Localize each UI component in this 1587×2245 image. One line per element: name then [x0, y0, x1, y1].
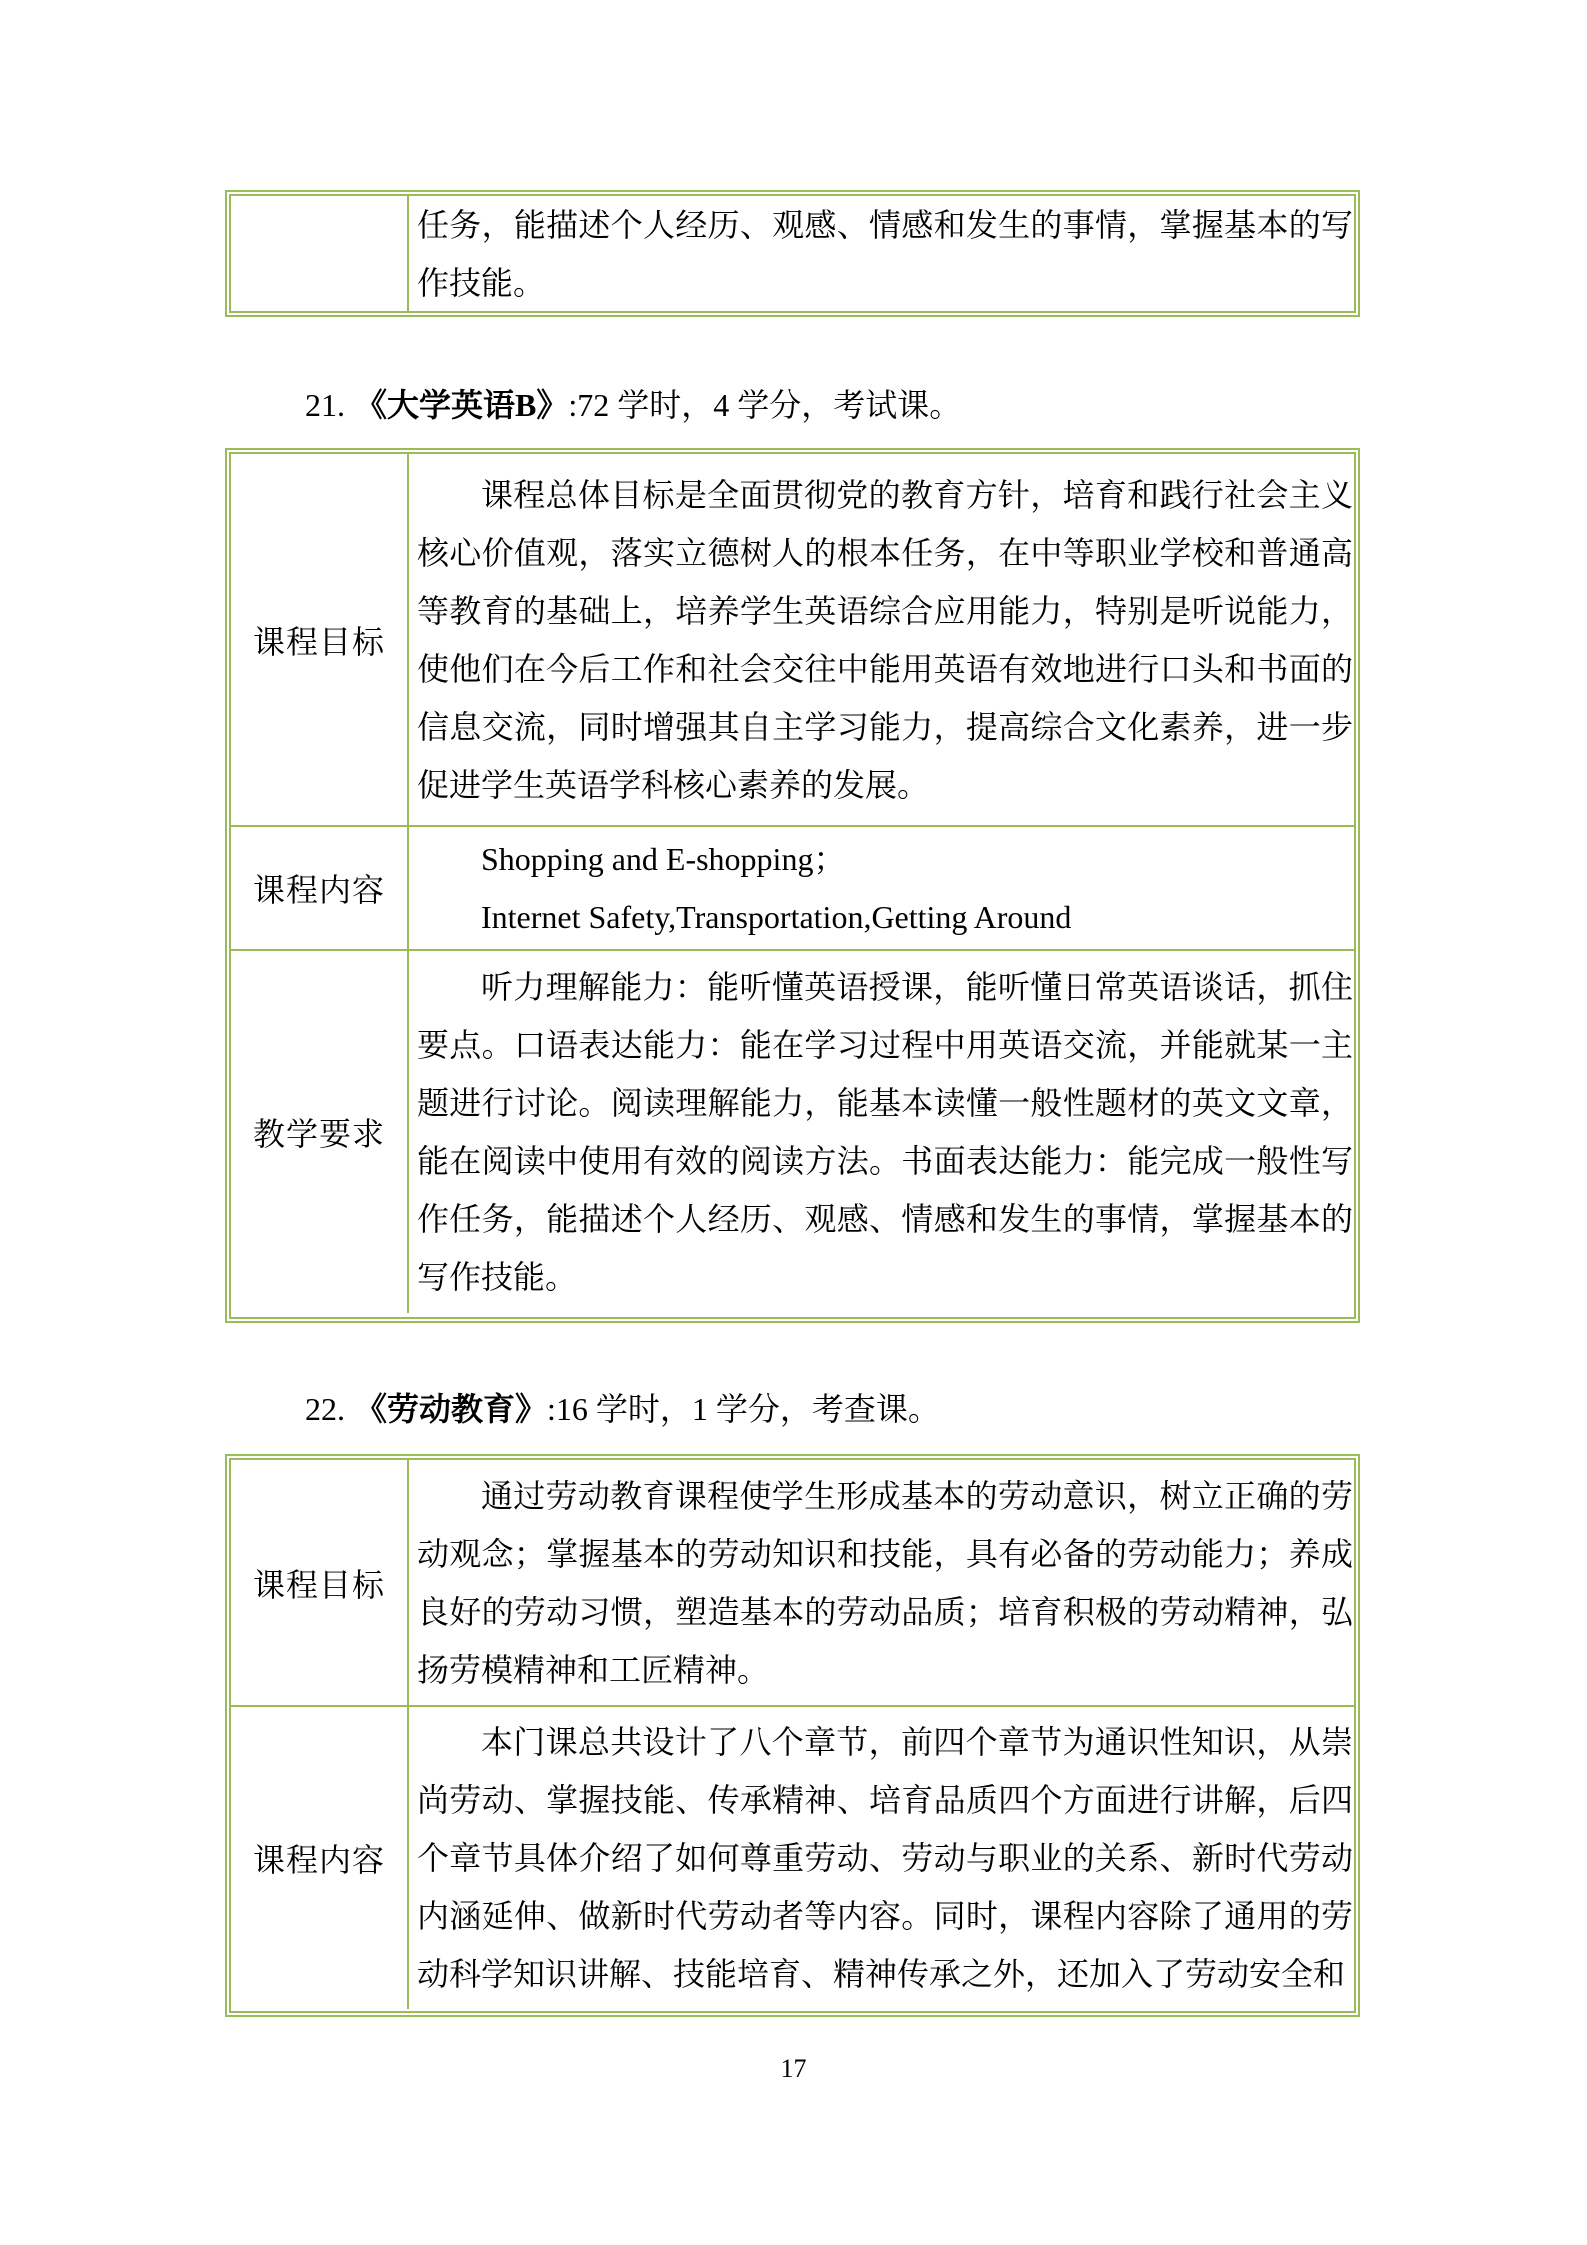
continuation-table: 任务，能描述个人经历、观感、情感和发生的事情，掌握基本的写作技能。 — [225, 190, 1360, 317]
paragraph: 课程总体目标是全面贯彻党的教育方针，培育和践行社会主义核心价值观，落实立德树人的… — [417, 466, 1353, 814]
paragraph: Internet Safety,Transportation,Getting A… — [417, 888, 1353, 946]
page-number: 17 — [0, 2052, 1587, 2086]
document-page: 任务，能描述个人经历、观感、情感和发生的事情，掌握基本的写作技能。 21.《大学… — [0, 0, 1587, 2245]
row-content: 本门课总共设计了八个章节，前四个章节为通识性知识，从崇尚劳动、掌握技能、传承精神… — [409, 1707, 1354, 2009]
paragraph: 通过劳动教育课程使学生形成基本的劳动意识，树立正确的劳动观念；掌握基本的劳动知识… — [417, 1467, 1353, 1699]
row-label: 课程目标 — [231, 1460, 409, 1705]
row-label: 教学要求 — [231, 951, 409, 1313]
paragraph: 本门课总共设计了八个章节，前四个章节为通识性知识，从崇尚劳动、掌握技能、传承精神… — [417, 1713, 1353, 2003]
row-label: 课程内容 — [231, 827, 409, 949]
course-title: 《大学英语B》 — [355, 387, 568, 423]
row-content: 听力理解能力：能听懂英语授课，能听懂日常英语谈话，抓住要点。口语表达能力：能在学… — [409, 951, 1354, 1313]
paragraph: 听力理解能力：能听懂英语授课，能听懂日常英语谈话，抓住要点。口语表达能力：能在学… — [417, 958, 1353, 1306]
paragraph: Shopping and E-shopping； — [417, 830, 1353, 888]
course-title: 《劳动教育》 — [355, 1391, 547, 1427]
course-21-table: 课程目标 课程总体目标是全面贯彻党的教育方针，培育和践行社会主义核心价值观，落实… — [225, 448, 1360, 1323]
course-22-heading: 22.《劳动教育》:16 学时，1 学分，考查课。 — [305, 1387, 940, 1431]
course-number: 21. — [305, 387, 345, 423]
course-heading-suffix: :16 学时，1 学分，考查课。 — [547, 1391, 940, 1427]
table-row-content: 课程内容 本门课总共设计了八个章节，前四个章节为通识性知识，从崇尚劳动、掌握技能… — [231, 1705, 1354, 2009]
table-row-requirements: 教学要求 听力理解能力：能听懂英语授课，能听懂日常英语谈话，抓住要点。口语表达能… — [231, 949, 1354, 1313]
course-21-heading: 21.《大学英语B》:72 学时，4 学分，考试课。 — [305, 383, 961, 427]
row-content: 通过劳动教育课程使学生形成基本的劳动意识，树立正确的劳动观念；掌握基本的劳动知识… — [409, 1460, 1354, 1705]
row-label: 课程内容 — [231, 1707, 409, 2009]
table-row: 任务，能描述个人经历、观感、情感和发生的事情，掌握基本的写作技能。 — [231, 196, 1354, 311]
course-22-table: 课程目标 通过劳动教育课程使学生形成基本的劳动意识，树立正确的劳动观念；掌握基本… — [225, 1454, 1360, 2017]
table-row-goal: 课程目标 课程总体目标是全面贯彻党的教育方针，培育和践行社会主义核心价值观，落实… — [231, 454, 1354, 825]
table-row-goal: 课程目标 通过劳动教育课程使学生形成基本的劳动意识，树立正确的劳动观念；掌握基本… — [231, 1460, 1354, 1705]
table-row-content: 课程内容 Shopping and E-shopping； Internet S… — [231, 825, 1354, 949]
row-label: 课程目标 — [231, 454, 409, 825]
row-content: 课程总体目标是全面贯彻党的教育方针，培育和践行社会主义核心价值观，落实立德树人的… — [409, 454, 1354, 825]
row-content: Shopping and E-shopping； Internet Safety… — [409, 827, 1354, 949]
course-number: 22. — [305, 1391, 345, 1427]
course-heading-suffix: :72 学时，4 学分，考试课。 — [568, 387, 961, 423]
row-label-empty — [231, 196, 409, 311]
row-content: 任务，能描述个人经历、观感、情感和发生的事情，掌握基本的写作技能。 — [409, 196, 1354, 311]
paragraph: 任务，能描述个人经历、观感、情感和发生的事情，掌握基本的写作技能。 — [417, 196, 1353, 311]
